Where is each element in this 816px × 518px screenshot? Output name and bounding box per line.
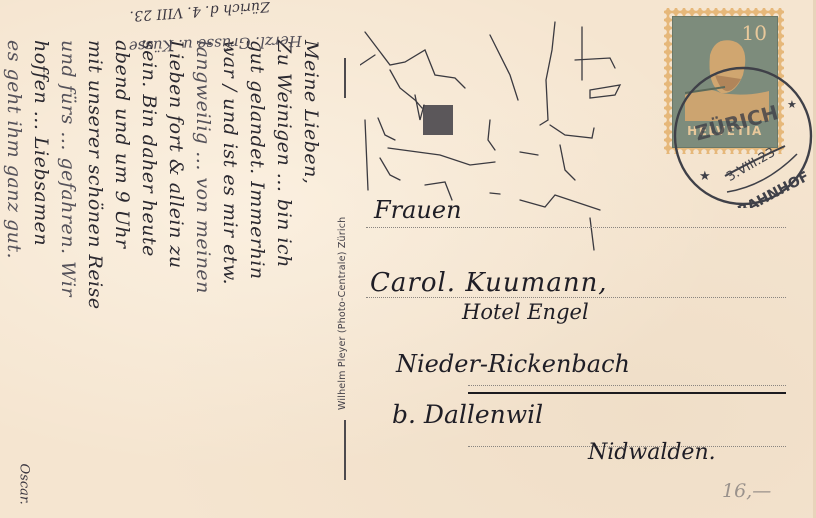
postcard-back: Meine Lieben, Zu Weinigen ... bin ich gu…: [0, 0, 816, 518]
message-line: war / und ist es mir etw.: [216, 40, 243, 510]
message-line: hoffen ... Liebsamen: [27, 40, 54, 510]
message-line: abend und um 9 Uhr: [108, 40, 135, 510]
price-annotation: 16,—: [722, 480, 771, 502]
postage-stamp-design: 10 HELVETIA: [672, 16, 778, 148]
message-greeting: Meine Lieben,: [297, 40, 324, 510]
address-line-rule: [468, 385, 786, 386]
address-line-rule: [366, 227, 786, 228]
william-tell-portrait-icon: [685, 35, 769, 125]
publisher-imprint: Wilhelm Pleyer (Photo-Centrale) Zürich: [337, 110, 353, 410]
message-line: Lieben fort & allein zu: [162, 40, 189, 510]
address-line-rule: [366, 297, 786, 298]
address-salutation: Frauen: [374, 196, 462, 224]
address-town: Nieder-Rickenbach: [396, 350, 630, 378]
address-name: Carol. Kuumann,: [370, 268, 608, 298]
address-underline: [468, 392, 786, 394]
address-via: b. Dallenwil: [392, 400, 543, 429]
message-signature: Oscar.: [17, 464, 32, 518]
star-icon: ★: [787, 98, 797, 111]
message-line: Zu Weinigen ... bin ich: [270, 40, 297, 510]
message-line: es geht ihm ganz gut.: [0, 40, 27, 510]
handwritten-message: Meine Lieben, Zu Weinigen ... bin ich gu…: [10, 0, 330, 518]
message-line: mit unserer schönen Reise: [81, 40, 108, 510]
message-line: und fürs ... gefahren. Wir: [54, 40, 81, 510]
divider-line: [344, 58, 346, 98]
address-hotel: Hotel Engel: [462, 300, 589, 324]
postmark-office: BAHNHOF: [735, 169, 811, 208]
divider-line: [344, 420, 346, 480]
stamp-country: HELVETIA: [673, 121, 777, 141]
message-line: langweilig ... von meinen: [189, 40, 216, 510]
star-icon: ★: [699, 169, 711, 184]
message-body: Meine Lieben, Zu Weinigen ... bin ich gu…: [0, 40, 324, 510]
address-canton: Nidwalden.: [588, 440, 716, 465]
message-line: sein. Bin daher heute: [135, 40, 162, 510]
message-line: gut gelandet. Immerhin: [243, 40, 270, 510]
